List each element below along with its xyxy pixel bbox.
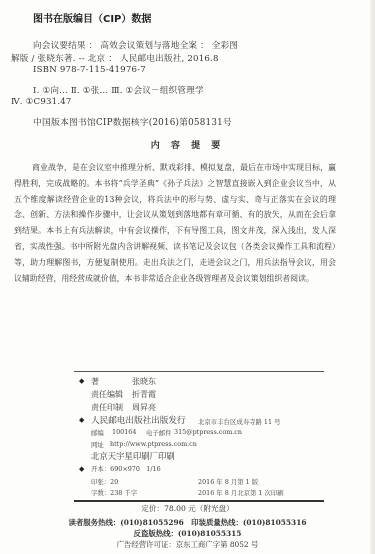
edition: 2016 年 8 月第 1 版: [198, 477, 258, 486]
author-label: 著: [91, 376, 99, 387]
print-manager-name: 周昇亮: [132, 402, 156, 413]
postcode: 100164: [112, 428, 136, 436]
price: 定价：78.00 元（附光盘）: [0, 503, 375, 514]
publisher: 人民邮电出版社出版发行: [91, 414, 186, 426]
printing: 2016 年 8 月北京第 1 次印刷: [198, 488, 284, 497]
print-sheets: 印张：20: [91, 477, 118, 486]
cip-line-2: 解版 / 张晓东著. -- 北京 ： 人民邮电出版社, 2016.8: [11, 52, 219, 64]
abstract-heading: 内 容 提 要: [0, 138, 375, 151]
bullet-diamond-icon: ◆: [79, 377, 84, 385]
ad-license: 广告经营许可证：京东工商广字第 8052 号: [0, 539, 375, 550]
cip-isbn: ISBN 978-7-115-41976-7: [33, 65, 146, 75]
publisher-address: 北京市丰台区成寿寺路 11 号: [198, 417, 281, 426]
print-manager-label: 责任印制: [91, 402, 123, 413]
bullet-diamond-icon: ◆: [79, 416, 84, 424]
page-edge-shadow: [370, 0, 375, 554]
cip-line-1: 向会议要结果 ： 高效会议策划与落地全案 ： 全彩图: [33, 39, 238, 51]
author-name: 张晓东: [132, 376, 156, 387]
editor-label: 责任编辑: [91, 389, 123, 400]
postcode-label: 邮编: [91, 428, 104, 437]
email-label: 电子邮件: [146, 428, 172, 437]
bullet-diamond-icon: ◆: [79, 465, 84, 473]
printer: 北京天宇星印刷厂印刷: [91, 450, 175, 462]
website: http://www.ptpress.com.cn: [110, 440, 197, 448]
reader-hotline: 读者服务热线：(010)81055296 印装质量热线：(010)8105531…: [0, 517, 375, 528]
cip-title: 图书在版编目（CIP）数据: [33, 10, 151, 25]
email: 315@ptpress.com.cn: [174, 428, 242, 436]
cip-classification-1: Ⅰ. ①向… Ⅱ. ①张… Ⅲ. ①会议－组织管理学: [33, 84, 204, 96]
format: 开本：690×970 1/16: [91, 464, 161, 473]
website-label: 网址: [91, 440, 104, 449]
cip-classification-2: Ⅳ. ①C931.47: [11, 97, 72, 107]
editor-name: 折青霞: [132, 389, 156, 400]
word-count: 字数：238 千字: [91, 488, 137, 497]
piracy-hotline: 反盗版热线：(010)81055315: [0, 528, 375, 539]
colophon-top-rule: [74, 371, 324, 372]
cip-catalog-number: 中国版本图书馆CIP数据核字(2016)第058131号: [33, 115, 232, 128]
abstract-body: 商业战争，是在会议室中推理分析、默戏彩排、模拟复盘，最后在市场中实现目标，赢得胜…: [14, 160, 336, 286]
colophon-bottom-rule: [74, 500, 324, 502]
